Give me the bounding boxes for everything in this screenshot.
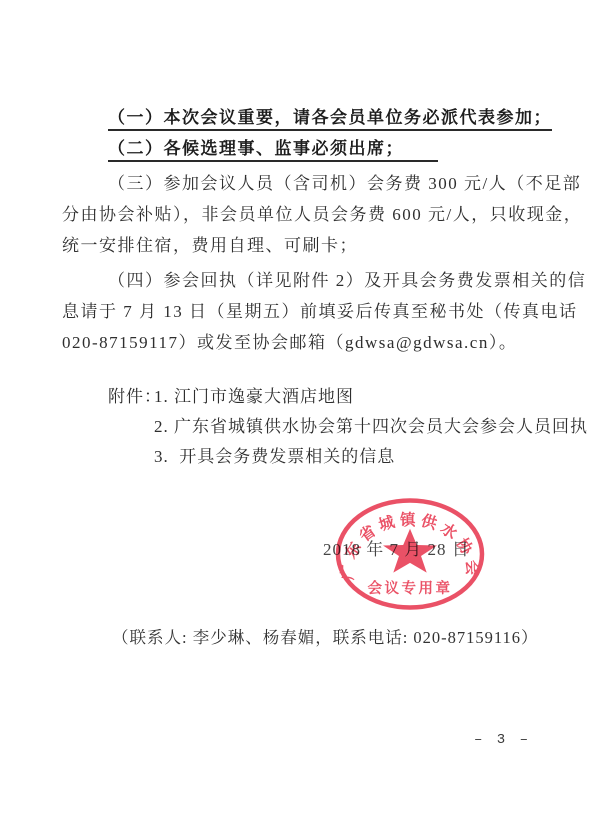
attachment-item-3: 3. 开具会务费发票相关的信息 xyxy=(108,442,588,472)
clause-2: （二）各候选理事、监事必须出席； xyxy=(62,133,532,164)
page-number: – 3 – xyxy=(474,732,531,748)
attachment-item-1: 附件：1. 江门市逸豪大酒店地图 xyxy=(108,382,588,412)
clause-3-line-1: （三）参加会议人员（含司机）会务费 300 元/人（不足部 xyxy=(62,168,532,199)
clause-1: （一）本次会议重要，请各会员单位务必派代表参加； xyxy=(62,102,532,133)
clause-3-line-2: 分由协会补贴），非会员单位人员会务费 600 元/人，只收现金， xyxy=(62,199,532,230)
attachments-list: 附件：1. 江门市逸豪大酒店地图 2. 广东省城镇供水协会第十四次会员大会参会人… xyxy=(108,382,588,472)
attachment-item-2: 2. 广东省城镇供水协会第十四次会员大会参会人员回执 xyxy=(108,412,588,442)
attachment-item-1-text: 1. 江门市逸豪大酒店地图 xyxy=(154,387,354,406)
contact-line: （联系人: 李少琳、杨春媚，联系电话: 020-87159116） xyxy=(112,627,539,649)
clause-3-line-3: 统一安排住宿，费用自理、可刷卡； xyxy=(62,230,532,261)
clause-4-line-3: 020-87159117）或发至协会邮箱（gdwsa@gdwsa.cn）。 xyxy=(62,327,532,358)
clause-2-text: （二）各候选理事、监事必须出席； xyxy=(108,139,438,162)
clause-1-text: （一）本次会议重要，请各会员单位务必派代表参加； xyxy=(108,108,552,131)
official-seal-stamp: 广东省城镇供水协会 会议专用章 xyxy=(331,496,489,614)
seal-caption-text: 会议专用章 xyxy=(368,579,453,597)
attachments-label: 附件： xyxy=(108,382,154,412)
clause-4-line-2: 息请于 7 月 13 日（星期五）前填妥后传真至秘书处（传真电话 xyxy=(62,296,532,327)
clause-4-line-1: （四）参会回执（详见附件 2）及开具会务费发票相关的信 xyxy=(62,265,532,296)
notice-body: （一）本次会议重要，请各会员单位务必派代表参加； （二）各候选理事、监事必须出席… xyxy=(62,102,532,358)
document-page: （一）本次会议重要，请各会员单位务必派代表参加； （二）各候选理事、监事必须出席… xyxy=(0,0,590,834)
seal-star-icon xyxy=(383,529,437,573)
